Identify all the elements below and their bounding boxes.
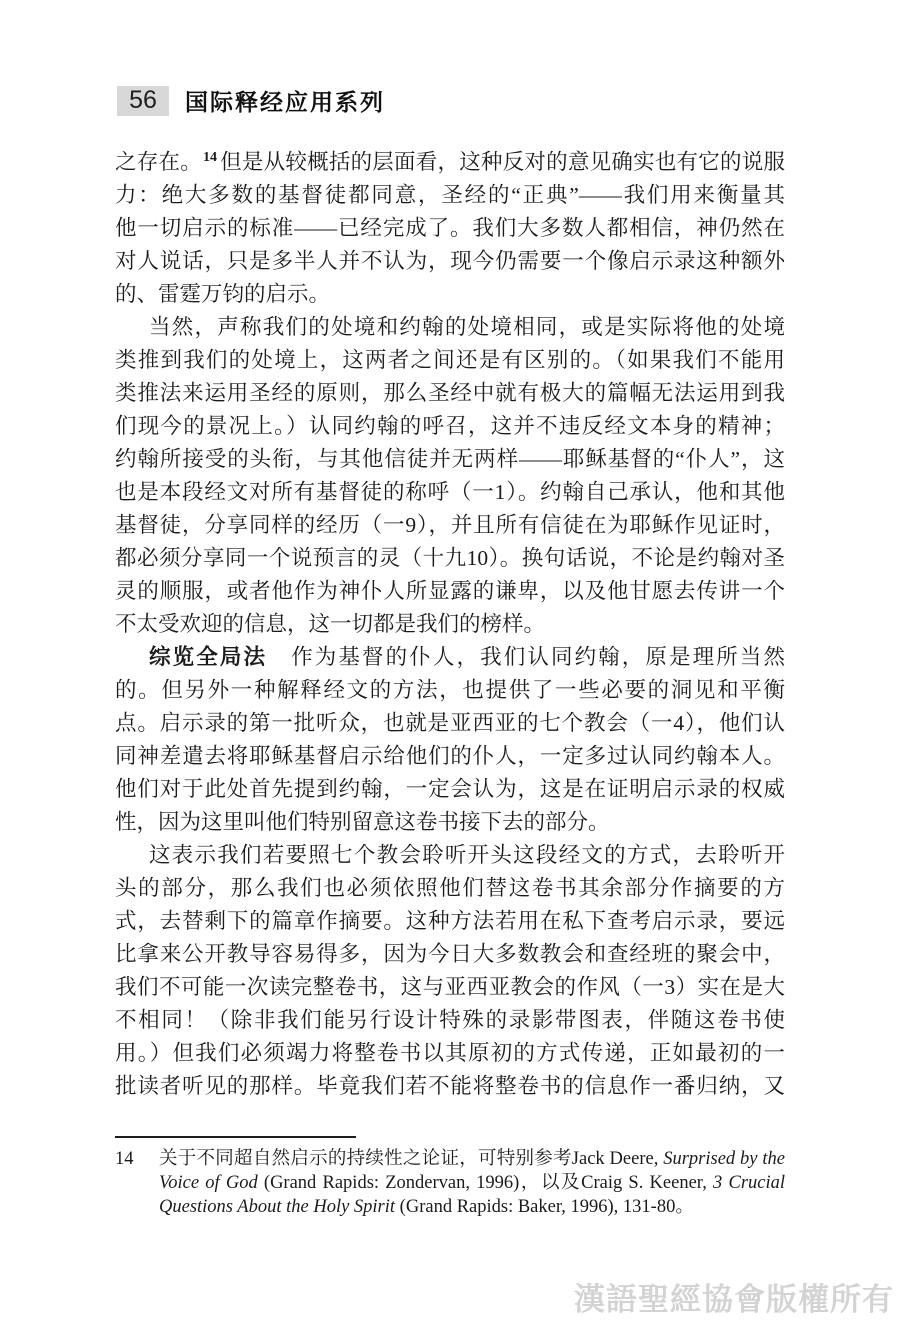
body-run: 同神差遣去将耶稣基督启示给他们的仆人，一定多过认同约翰本人。 bbox=[115, 744, 785, 768]
footnote-ref: 14 bbox=[203, 141, 217, 174]
footnote-line: Questions About the Holy Spirit (Grand R… bbox=[159, 1195, 785, 1219]
book-title-italic: 3 Crucial bbox=[713, 1173, 785, 1193]
body-line: 类推到我们的处境上，这两者之间还是有区别的。（如果我们不能用 bbox=[115, 344, 785, 377]
body-run: 灵的顺服，或者他作为神仆人所显露的谦卑，以及他甘愿去传讲一个 bbox=[115, 579, 785, 603]
body-run: 不太受欢迎的信息，这一切都是我们的榜样。 bbox=[115, 612, 545, 636]
body-line: 类推法来运用圣经的原则，那么圣经中就有极大的篇幅无法运用到我 bbox=[115, 377, 785, 410]
book-title-italic: Voice of God bbox=[159, 1173, 258, 1193]
footnote-run: (Grand Rapids: Baker, 1996), 131-80。 bbox=[395, 1197, 694, 1217]
book-title-italic: Surprised by the bbox=[663, 1149, 785, 1169]
body-line: 力：绝大多数的基督徒都同意，圣经的“正典”——我们用来衡量其 bbox=[115, 179, 785, 212]
body-line: 比拿来公开教导容易得多，因为今日大多数教会和查经班的聚会中， bbox=[115, 938, 785, 971]
body-line: 也是本段经文对所有基督徒的称呼（一1）。约翰自己承认，他和其他 bbox=[115, 476, 785, 509]
body-line: 这表示我们若要照七个教会聆听开头这段经文的方式，去聆听开 bbox=[115, 839, 785, 872]
book-title-italic: Questions About the Holy Spirit bbox=[159, 1197, 395, 1217]
body-line: 式，去替剩下的篇章作摘要。这种方法若用在私下查考启示录，要远 bbox=[115, 905, 785, 938]
book-page: 56 国际释经应用系列 之存在。14但是从较概括的层面看，这种反对的意见确实也有… bbox=[0, 0, 900, 1324]
body-line: 之存在。14但是从较概括的层面看，这种反对的意见确实也有它的说服 bbox=[115, 146, 785, 179]
body-run: 式，去替剩下的篇章作摘要。这种方法若用在私下查考启示录，要远 bbox=[115, 909, 785, 933]
footnote-run: (Grand Rapids: Zondervan, 1996)，以及Craig … bbox=[258, 1173, 713, 1193]
page-number: 56 bbox=[129, 86, 157, 115]
footnote-number: 14 bbox=[115, 1147, 159, 1219]
body-run: 批读者听见的那样。毕竟我们若不能将整卷书的信息作一番归纳，又 bbox=[115, 1074, 785, 1098]
body-line: 他们对于此处首先提到约翰，一定会认为，这是在证明启示录的权威 bbox=[115, 773, 785, 806]
series-title: 国际释经应用系列 bbox=[185, 84, 385, 117]
body-run: 当然，声称我们的处境和约翰的处境相同，或是实际将他的处境 bbox=[149, 315, 785, 339]
body-line: 性，因为这里叫他们特别留意这卷书接下去的部分。 bbox=[115, 806, 785, 839]
body-run: 点。启示录的第一批听众，也就是亚西亚的七个教会（一4），他们认 bbox=[115, 711, 785, 735]
body-run: 也是本段经文对所有基督徒的称呼（一1）。约翰自己承认，他和其他 bbox=[115, 480, 785, 504]
body-run: 但是从较概括的层面看，这种反对的意见确实也有它的说服 bbox=[220, 150, 785, 174]
footnote-run: 关于不同超自然启示的持续性之论证，可特别参考Jack Deere, bbox=[159, 1149, 663, 1169]
body-line: 灵的顺服，或者他作为神仆人所显露的谦卑，以及他甘愿去传讲一个 bbox=[115, 575, 785, 608]
body-run: 约翰所接受的头衔，与其他信徒并无两样——耶稣基督的“仆人”，这 bbox=[115, 447, 785, 471]
body-run: 性，因为这里叫他们特别留意这卷书接下去的部分。 bbox=[115, 810, 610, 834]
body-line: 点。启示录的第一批听众，也就是亚西亚的七个教会（一4），他们认 bbox=[115, 707, 785, 740]
body-line: 综览全局法作为基督的仆人，我们认同约翰，原是理所当然 bbox=[115, 641, 785, 674]
body-run: 类推法来运用圣经的原则，那么圣经中就有极大的篇幅无法运用到我 bbox=[115, 381, 785, 405]
body-run: 都必须分享同一个说预言的灵（十九10）。换句话说，不论是约翰对圣 bbox=[115, 546, 785, 570]
footnote-line: Voice of God (Grand Rapids: Zondervan, 1… bbox=[159, 1171, 785, 1195]
watermark: 漢語聖經協會版權所有 bbox=[574, 1274, 894, 1319]
inline-heading: 综览全局法 bbox=[149, 645, 267, 669]
footnote-line: 关于不同超自然启示的持续性之论证，可特别参考Jack Deere, Surpri… bbox=[159, 1147, 785, 1171]
body-line: 头的部分，那么我们也必须依照他们替这卷书其余部分作摘要的方 bbox=[115, 872, 785, 905]
body-line: 都必须分享同一个说预言的灵（十九10）。换句话说，不论是约翰对圣 bbox=[115, 542, 785, 575]
body-line: 不太受欢迎的信息，这一切都是我们的榜样。 bbox=[115, 608, 785, 641]
body-line: 同神差遣去将耶稣基督启示给他们的仆人，一定多过认同约翰本人。 bbox=[115, 740, 785, 773]
body-run: 作为基督的仆人，我们认同约翰，原是理所当然 bbox=[289, 645, 785, 669]
body-line: 基督徒，分享同样的经历（一9），并且所有信徒在为耶稣作见证时， bbox=[115, 509, 785, 542]
footnote-rule bbox=[115, 1136, 356, 1138]
page-header: 56 国际释经应用系列 bbox=[117, 84, 385, 117]
body-run: 力：绝大多数的基督徒都同意，圣经的“正典”——我们用来衡量其 bbox=[115, 183, 785, 207]
body-line: 对人说话，只是多半人并不认为，现今仍需要一个像启示录这种额外 bbox=[115, 245, 785, 278]
body-line: 用。）但我们必须竭力将整卷书以其原初的方式传递，正如最初的一 bbox=[115, 1037, 785, 1070]
body-run: 类推到我们的处境上，这两者之间还是有区别的。（如果我们不能用 bbox=[115, 348, 785, 372]
body-line: 他一切启示的标准——已经完成了。我们大多数人都相信，神仍然在 bbox=[115, 212, 785, 245]
body-line: 批读者听见的那样。毕竟我们若不能将整卷书的信息作一番归纳，又 bbox=[115, 1070, 785, 1103]
body-line: 们现今的景况上。）认同约翰的呼召，这并不违反经文本身的精神； bbox=[115, 410, 785, 443]
body-run: 对人说话，只是多半人并不认为，现今仍需要一个像启示录这种额外 bbox=[115, 249, 785, 273]
body-run: 不相同！（除非我们能另行设计特殊的录影带图表，伴随这卷书使 bbox=[115, 1008, 785, 1032]
body-run: 他们对于此处首先提到约翰，一定会认为，这是在证明启示录的权威 bbox=[115, 777, 785, 801]
body-run: 我们不可能一次读完整卷书，这与亚西亚教会的作风（一3）实在是大 bbox=[115, 975, 785, 999]
body-run: 之存在。 bbox=[115, 150, 202, 174]
body-run: 头的部分，那么我们也必须依照他们替这卷书其余部分作摘要的方 bbox=[115, 876, 785, 900]
body-run: 的。但另外一种解释经文的方法，也提供了一些必要的洞见和平衡 bbox=[115, 678, 785, 702]
body-run: 们现今的景况上。）认同约翰的呼召，这并不违反经文本身的精神； bbox=[115, 414, 785, 438]
body-line: 的、雷霆万钧的启示。 bbox=[115, 278, 785, 311]
body-text: 之存在。14但是从较概括的层面看，这种反对的意见确实也有它的说服力：绝大多数的基… bbox=[115, 146, 785, 1103]
body-line: 我们不可能一次读完整卷书，这与亚西亚教会的作风（一3）实在是大 bbox=[115, 971, 785, 1004]
footnote-body: 14 关于不同超自然启示的持续性之论证，可特别参考Jack Deere, Sur… bbox=[115, 1147, 785, 1219]
body-run: 基督徒，分享同样的经历（一9），并且所有信徒在为耶稣作见证时， bbox=[115, 513, 785, 537]
page-number-box: 56 bbox=[117, 86, 169, 116]
body-line: 不相同！（除非我们能另行设计特殊的录影带图表，伴随这卷书使 bbox=[115, 1004, 785, 1037]
body-run: 这表示我们若要照七个教会聆听开头这段经文的方式，去聆听开 bbox=[149, 843, 785, 867]
footnote-text: 关于不同超自然启示的持续性之论证，可特别参考Jack Deere, Surpri… bbox=[159, 1147, 785, 1219]
body-run: 比拿来公开教导容易得多，因为今日大多数教会和查经班的聚会中， bbox=[115, 942, 785, 966]
body-line: 当然，声称我们的处境和约翰的处境相同，或是实际将他的处境 bbox=[115, 311, 785, 344]
body-line: 约翰所接受的头衔，与其他信徒并无两样——耶稣基督的“仆人”，这 bbox=[115, 443, 785, 476]
body-run: 他一切启示的标准——已经完成了。我们大多数人都相信，神仍然在 bbox=[115, 216, 785, 240]
body-run: 用。）但我们必须竭力将整卷书以其原初的方式传递，正如最初的一 bbox=[115, 1041, 785, 1065]
body-line: 的。但另外一种解释经文的方法，也提供了一些必要的洞见和平衡 bbox=[115, 674, 785, 707]
body-run: 的、雷霆万钧的启示。 bbox=[115, 282, 330, 306]
footnote-section: 14 关于不同超自然启示的持续性之论证，可特别参考Jack Deere, Sur… bbox=[115, 1136, 785, 1219]
